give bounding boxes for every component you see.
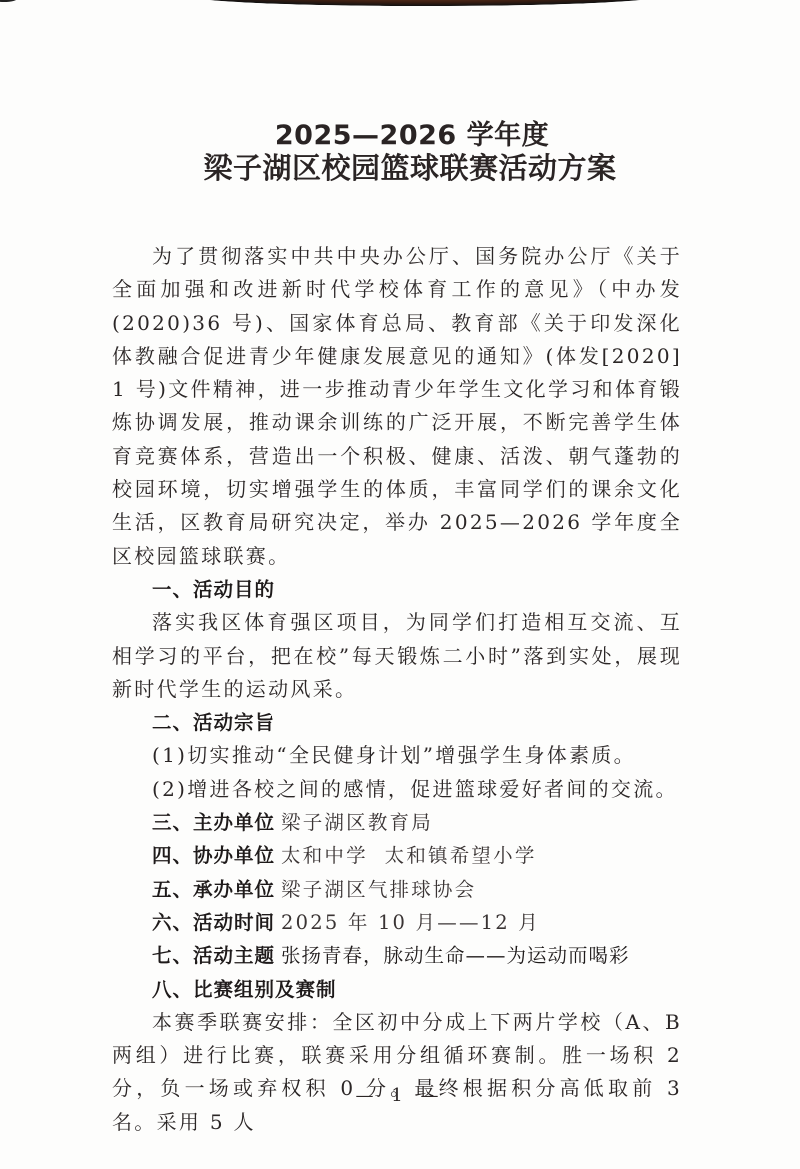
section-heading-organizer: 三、主办单位 bbox=[152, 811, 275, 834]
section-heading-co-organizer: 四、协办单位 bbox=[152, 844, 275, 867]
list-item: (2)增进各校之间的感情，促进篮球爱好者间的交流。 bbox=[112, 773, 682, 806]
section-theme: 七、活动主题张扬青春，脉动生命——为运动而喝彩 bbox=[112, 939, 682, 972]
co-organizer-value: 太和中学 太和镇希望小学 bbox=[281, 844, 537, 867]
section-heading-format: 八、比赛组别及赛制 bbox=[112, 973, 682, 1006]
section-co-organizer: 四、协办单位太和中学 太和镇希望小学 bbox=[112, 839, 682, 872]
intro-paragraph: 为了贯彻落实中共中央办公厅、国务院办公厅《关于全面加强和改进新时代学校体育工作的… bbox=[112, 240, 682, 573]
scan-edge-shadow-left bbox=[0, 0, 18, 2]
scan-edge-shadow bbox=[190, 0, 660, 6]
section-body-purpose: 落实我区体育强区项目，为同学们打造相互交流、互相学习的平台，把在校”每天锻炼二小… bbox=[112, 606, 682, 706]
section-body-format: 本赛季联赛安排：全区初中分成上下两片学校（A、B 两组）进行比赛，联赛采用分组循… bbox=[112, 1006, 682, 1139]
time-value: 2025 年 10 月——12 月 bbox=[281, 911, 540, 934]
document-body: 为了贯彻落实中共中央办公厅、国务院办公厅《关于全面加强和改进新时代学校体育工作的… bbox=[112, 240, 682, 1139]
organizer-value: 梁子湖区教育局 bbox=[281, 811, 433, 834]
theme-value: 张扬青春，脉动生命——为运动而喝彩 bbox=[281, 944, 630, 967]
page-number: — 1 — bbox=[0, 1085, 800, 1106]
section-heading-theme: 七、活动主题 bbox=[152, 944, 275, 967]
section-heading-undertaker: 五、承办单位 bbox=[152, 878, 275, 901]
undertaker-value: 梁子湖区气排球协会 bbox=[281, 878, 476, 901]
section-organizer: 三、主办单位梁子湖区教育局 bbox=[112, 806, 682, 839]
document-title: 梁子湖区校园篮球联赛活动方案 bbox=[0, 146, 800, 187]
section-heading-purpose: 一、活动目的 bbox=[112, 573, 682, 606]
section-undertaker: 五、承办单位梁子湖区气排球协会 bbox=[112, 873, 682, 906]
section-heading-time: 六、活动时间 bbox=[152, 911, 275, 934]
list-item: (1)切实推动“全民健身计划”增强学生身体素质。 bbox=[112, 739, 682, 772]
section-time: 六、活动时间2025 年 10 月——12 月 bbox=[112, 906, 682, 939]
section-heading-tenet: 二、活动宗旨 bbox=[112, 706, 682, 739]
